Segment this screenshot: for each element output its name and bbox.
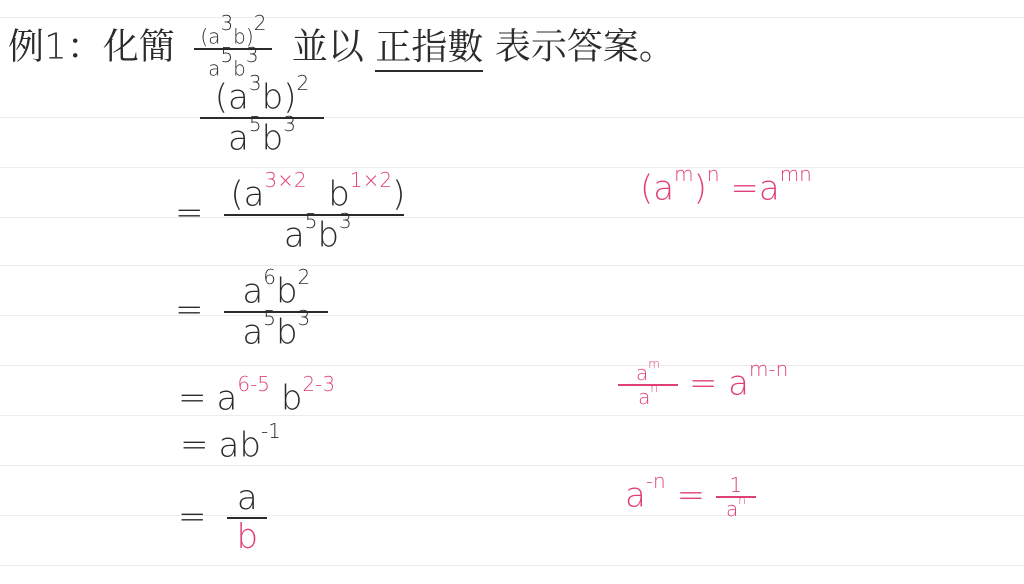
rule-fraction: 1 an bbox=[716, 474, 756, 520]
equals-sign: = bbox=[175, 193, 204, 233]
ruled-line bbox=[0, 515, 1024, 516]
step-4: =ab-1 bbox=[180, 425, 281, 465]
ruled-line bbox=[0, 217, 1024, 218]
ruled-line bbox=[0, 167, 1024, 168]
equals-sign: = bbox=[178, 378, 207, 418]
final-answer-fraction: a b bbox=[227, 480, 267, 557]
step-fraction: (a3b)2 a5b3 bbox=[200, 78, 324, 157]
step-0: (a3b)2 a5b3 bbox=[200, 78, 324, 157]
equals-sign: = bbox=[180, 425, 209, 465]
ruled-line bbox=[0, 117, 1024, 118]
problem-statement: 例1：化簡 (a3b)2 a5b3 並以 正指數 表示答案。 bbox=[8, 18, 675, 79]
rule-quotient: am an = am-n bbox=[618, 362, 788, 408]
example-label: 例1：化簡 bbox=[8, 27, 175, 68]
ruled-line bbox=[0, 265, 1024, 266]
step-3: =a6-5 b2-3 bbox=[178, 378, 335, 418]
rule-power-of-power: (am)n =amn bbox=[640, 168, 812, 208]
ruled-line bbox=[0, 565, 1024, 566]
step-fraction: (a3×2 b1×2) a5b3 bbox=[224, 175, 411, 254]
ruled-line bbox=[0, 365, 1024, 366]
equals-sign: = bbox=[178, 497, 207, 537]
ruled-line bbox=[0, 465, 1024, 466]
ruled-line bbox=[0, 315, 1024, 316]
rule-negative-exponent: a-n = 1 an bbox=[625, 474, 756, 520]
step-2: = a6b2 a5b3 bbox=[175, 272, 328, 351]
instruction-underlined: 正指數 bbox=[375, 27, 483, 72]
equals-sign: = bbox=[175, 290, 204, 330]
rule-fraction: am an bbox=[618, 362, 678, 408]
problem-numerator: (a3b)2 bbox=[194, 18, 272, 48]
step-1: = (a3×2 b1×2) a5b3 bbox=[175, 175, 411, 254]
step-fraction: a6b2 a5b3 bbox=[224, 272, 328, 351]
ruled-line bbox=[0, 415, 1024, 416]
instruction-prefix: 並以 bbox=[292, 27, 364, 68]
step-5: = a b bbox=[178, 480, 267, 557]
instruction-suffix: 表示答案。 bbox=[495, 27, 675, 68]
